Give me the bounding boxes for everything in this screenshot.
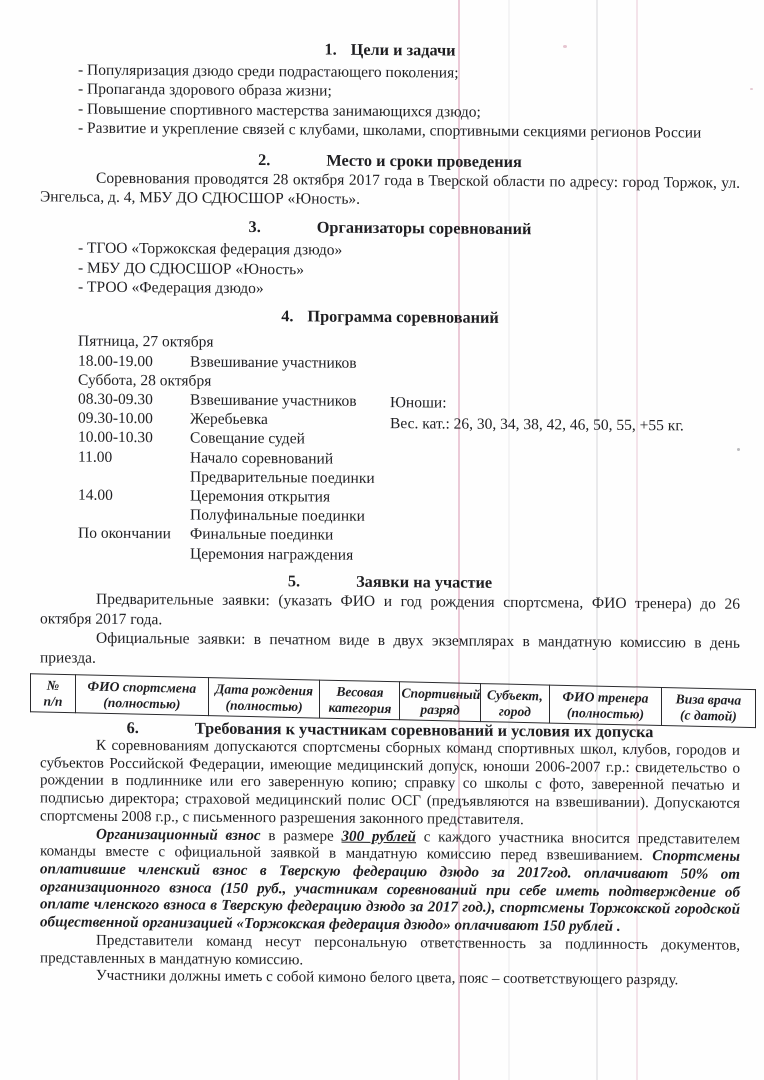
section-3-number: 3. (249, 216, 261, 237)
entry-fee-paragraph: Организационный взнос в размере 300 рубл… (40, 826, 740, 938)
entry-table-header-cell: Весоваякатегория (320, 680, 400, 720)
section-1-heading: 1. Цели и задачи (40, 36, 740, 62)
responsibility-paragraph: Представители команд несут персональную … (40, 932, 740, 973)
official-entries-paragraph: Официальные заявки: в печатном виде в дв… (40, 629, 740, 674)
schedule-event: Церемония награждения (190, 544, 353, 564)
schedule-event: Начало соревнований (190, 448, 333, 468)
weight-categories-note: Юноши: Вес. кат.: 26, 30, 34, 38, 42, 46… (390, 393, 742, 438)
fee-text-segment: 300 рублей (341, 828, 415, 845)
schedule-event: Предварительные поединки (190, 467, 375, 488)
schedule-event: Взвешивание участников (190, 391, 357, 412)
header-line-2: (полностью) (210, 697, 319, 715)
schedule-event: Жеребьевка (190, 410, 268, 430)
header-line-1: ФИО спортсмена (77, 678, 207, 696)
header-line-1: Субъект, (482, 687, 549, 704)
schedule-time (78, 543, 190, 563)
section-2-title: Место и сроки проведения (326, 149, 522, 172)
preliminary-entries-paragraph: Предварительные заявки: (указать ФИО и г… (40, 589, 740, 634)
entry-table-header-cell: Субъект,город (480, 684, 550, 724)
organizers-list: - ТГОО «Торжокская федерация дзюдо»- МБУ… (78, 239, 740, 302)
entry-table-header-cell: Виза врача(с датой) (661, 688, 755, 728)
section-5-title: Заявки на участие (356, 571, 492, 593)
scanned-document-page: 1. Цели и задачи - Популяризация дзюдо с… (0, 0, 764, 1080)
header-line-1: Дата рождения (210, 681, 319, 699)
fee-text-segment: Организационный взнос (96, 826, 261, 843)
section-4-number: 4. (281, 306, 293, 327)
header-line-1: Весовая (321, 684, 398, 701)
schedule-time (78, 466, 190, 486)
entry-table-header-cell: ФИО спортсмена(полностью) (76, 675, 209, 716)
entry-table-header-cell: Дата рождения(полностью) (208, 678, 320, 718)
schedule-event: Финальные поединки (190, 525, 333, 545)
section-4-title: Программа соревнований (307, 306, 498, 329)
header-line-2: п/п (32, 693, 74, 709)
schedule-time: 18.00-19.00 (78, 351, 190, 371)
header-line-2: (полностью) (77, 694, 207, 712)
schedule-time: 11.00 (78, 447, 190, 467)
header-line-2: категория (321, 699, 398, 716)
schedule-time: По окончании (78, 524, 190, 544)
section-3-title: Организаторы соревнований (317, 217, 532, 240)
section-1-title: Цели и задачи (351, 39, 456, 61)
header-line-2: (полностью) (551, 704, 660, 722)
header-line-1: № (32, 677, 74, 693)
admission-paragraph: К соревнованиям допускаются спортсмены с… (40, 737, 740, 831)
requirements-section: 6. Требования к участникам соревнований … (40, 716, 740, 990)
entry-table-header-cell: Спортивныйразряд (400, 682, 480, 722)
section-3-heading: 3. Организаторы соревнований (40, 215, 740, 241)
fee-text-segment: в размере (261, 828, 342, 845)
section-1-number: 1. (324, 39, 336, 60)
schedule-time: 09.30-10.00 (78, 409, 190, 429)
schedule-time: 14.00 (78, 486, 190, 506)
section-6-number: 6. (127, 717, 139, 738)
schedule-event: Церемония открытия (190, 487, 330, 507)
section-4-heading: 4. Программа соревнований (40, 304, 740, 330)
schedule-time: 08.30-09.30 (78, 390, 190, 410)
document-content: 1. Цели и задачи - Популяризация дзюдо с… (0, 0, 764, 1080)
entry-table-header-cell: ФИО тренера(полностью) (550, 685, 662, 725)
schedule-event: Совещание судей (190, 429, 305, 449)
header-line-2: разряд (401, 701, 478, 718)
schedule-event: Полуфинальные поединки (190, 506, 365, 527)
header-line-1: Виза врача (663, 691, 754, 708)
header-line-2: (с датой) (663, 707, 754, 724)
weight-categories-label: Вес. кат.: 26, 30, 34, 38, 42, 46, 50, 5… (390, 414, 742, 438)
goal-item: - Развитие и укрепление связей с клубами… (78, 119, 740, 144)
schedule-row: Церемония награждения (78, 543, 740, 567)
header-line-1: ФИО тренера (551, 689, 660, 707)
age-group-label: Юноши: (390, 393, 742, 417)
organizer-item: - ТРОО «Федерация дзюдо» (78, 278, 740, 303)
header-line-1: Спортивный (401, 685, 478, 702)
schedule-time: 10.00-10.30 (78, 428, 190, 448)
schedule: Пятница, 27 октября18.00-19.00Взвешивани… (78, 332, 740, 568)
section-2-number: 2. (258, 149, 270, 170)
entry-table-header-cell: №п/п (31, 674, 76, 713)
header-line-2: город (482, 703, 549, 720)
schedule-rows: Пятница, 27 октября18.00-19.00Взвешивани… (78, 332, 740, 568)
goals-list: - Популяризация дзюдо среди подрастающег… (78, 61, 740, 144)
venue-paragraph: Соревнования проводятся 28 октября 2017 … (40, 168, 740, 213)
section-5-number: 5. (288, 570, 300, 591)
schedule-time (78, 505, 190, 525)
schedule-event: Взвешивание участников (190, 352, 357, 373)
